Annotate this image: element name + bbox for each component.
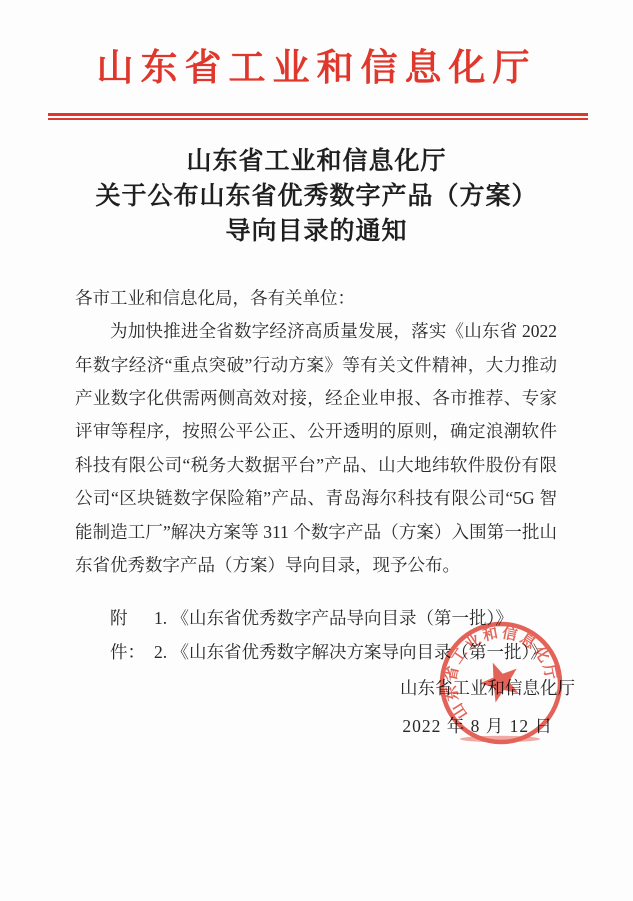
document-page: 山东省工业和信息化厅 山东省工业和信息化厅 关于公布山东省优秀数字产品（方案） … <box>0 0 633 901</box>
letterhead-divider-thin-line <box>48 118 588 120</box>
attachments-label: 附件： <box>110 601 154 669</box>
main-paragraph: 为加快推进全省数字经济高质量发展，落实《山东省 2022 年数字经济“重点突破”… <box>75 315 557 582</box>
issue-date: 2022 年 8 月 12 日 <box>0 711 553 741</box>
attachment-item-1: 1. 《山东省优秀数字产品导向目录（第一批）》 <box>154 601 573 635</box>
document-title-line-2: 关于公布山东省优秀数字产品（方案） <box>0 179 633 214</box>
document-title: 山东省工业和信息化厅 关于公布山东省优秀数字产品（方案） 导向目录的通知 <box>0 144 633 249</box>
document-title-line-3: 导向目录的通知 <box>0 214 633 249</box>
document-title-line-1: 山东省工业和信息化厅 <box>0 144 633 179</box>
salutation-line: 各市工业和信息化局，各有关单位： <box>75 282 557 315</box>
issuing-authority-signature: 山东省工业和信息化厅 <box>0 673 575 703</box>
attachments-section: 附件： 1. 《山东省优秀数字产品导向目录（第一批）》 2. 《山东省优秀数字解… <box>110 601 573 669</box>
document-body: 各市工业和信息化局，各有关单位： 为加快推进全省数字经济高质量发展，落实《山东省… <box>75 282 557 583</box>
letterhead-divider <box>48 113 588 120</box>
attachment-item-2: 2. 《山东省优秀数字解决方案导向目录（第一批）》 <box>154 635 573 669</box>
attachments-list: 1. 《山东省优秀数字产品导向目录（第一批）》 2. 《山东省优秀数字解决方案导… <box>154 601 573 669</box>
letterhead-title: 山东省工业和信息化厅 <box>0 0 633 89</box>
